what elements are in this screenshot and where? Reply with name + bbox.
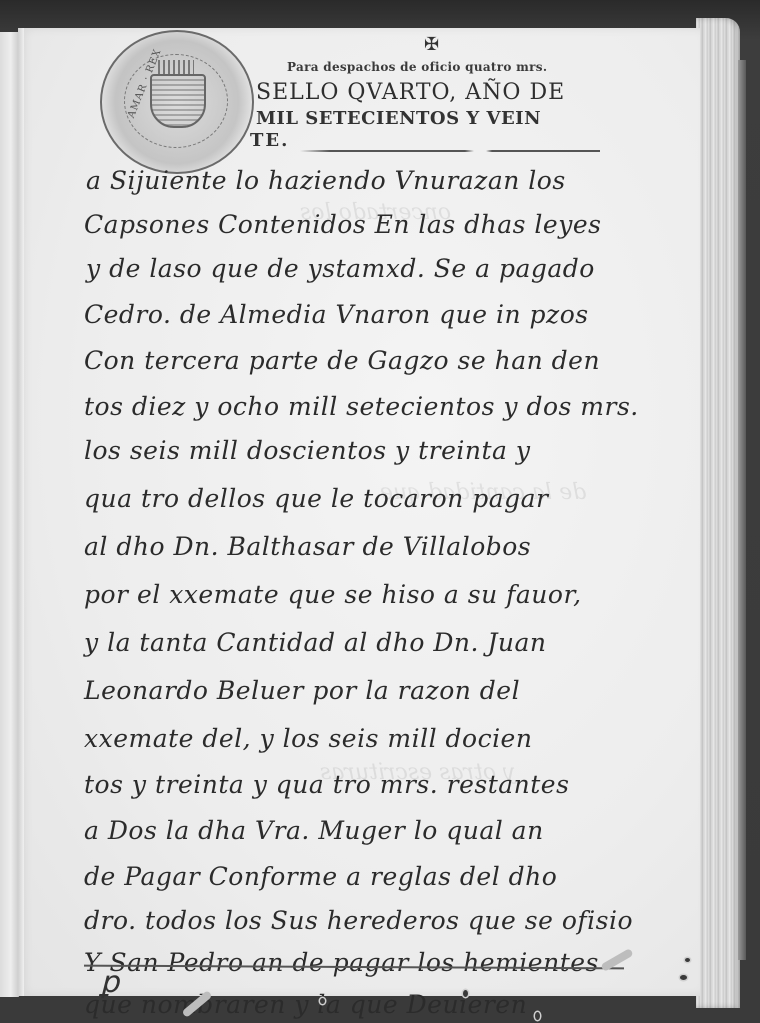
binding-shadow bbox=[738, 60, 746, 960]
manuscript-line-11: y la tanta Cantidad al dho Dn. Juan bbox=[84, 628, 547, 657]
manuscript-line-1: a Sijuiente lo haziendo Vnurazan los bbox=[86, 166, 566, 195]
manuscript-line-3: y de laso que de ystamxd. Se a pagado bbox=[86, 254, 595, 283]
manuscript-line-12: Leonardo Beluer por la razon del bbox=[84, 676, 520, 705]
page-stack-edges bbox=[696, 18, 740, 1008]
wormhole bbox=[463, 990, 468, 997]
manuscript-line-8: qua tro dellos que le tocaron pagar bbox=[84, 484, 548, 513]
scan-background: oncertado los de la cantidad que y otras… bbox=[0, 0, 760, 1023]
manuscript-line-13: xxemate del, y los seis mill docien bbox=[84, 724, 532, 753]
cross-icon: ✠ bbox=[424, 34, 439, 55]
manuscript-line-10: por el xxemate que se hiso a su fauor, bbox=[84, 580, 582, 609]
rubric-flourish: ꝑ bbox=[100, 965, 119, 1000]
manuscript-line-9: al dho Dn. Balthasar de Villalobos bbox=[84, 532, 531, 561]
stamp-title-line1: SELLO QVARTO, AÑO DE bbox=[256, 80, 565, 105]
stamp-tax-note: Para despachos de oficio quatro mrs. bbox=[287, 60, 547, 74]
wormhole bbox=[535, 1012, 540, 1020]
manuscript-line-16: de Pagar Conforme a reglas del dho bbox=[84, 862, 557, 891]
stamp-title-line3: TE. bbox=[250, 130, 289, 151]
stamp-title-line2: MIL SETECIENTOS Y VEIN bbox=[256, 108, 541, 129]
wormhole bbox=[320, 998, 325, 1004]
manuscript-line-15: a Dos la dha Vra. Muger lo qual an bbox=[84, 816, 544, 845]
manuscript-line-5: Con tercera parte de Gagzo se han den bbox=[84, 346, 600, 375]
manuscript-line-14: tos y treinta y qua tro mrs. restantes bbox=[84, 770, 569, 799]
gutter-fold bbox=[18, 28, 24, 996]
facing-page-edge bbox=[0, 32, 19, 997]
header-rule bbox=[300, 150, 600, 152]
wormhole bbox=[680, 975, 687, 980]
manuscript-line-4: Cedro. de Almedia Vnaron que in pzos bbox=[84, 300, 589, 329]
manuscript-line-6: tos diez y ocho mill setecientos y dos m… bbox=[84, 392, 639, 421]
manuscript-line-17: dro. todos los Sus herederos que se ofis… bbox=[84, 906, 633, 935]
coat-of-arms-icon bbox=[150, 74, 206, 128]
manuscript-line-7: los seis mill doscientos y treinta y bbox=[84, 436, 531, 465]
wormhole bbox=[685, 958, 690, 962]
manuscript-line-2: Capsones Contenidos En las dhas leyes bbox=[84, 210, 601, 239]
manuscript-line-19: que nombraren y la que Deuieren bbox=[84, 990, 527, 1019]
manuscript-line-18: Y San Pedro an de pagar los hemientes bbox=[84, 948, 599, 977]
royal-seal-stamp: AMAR · REX bbox=[100, 30, 254, 174]
